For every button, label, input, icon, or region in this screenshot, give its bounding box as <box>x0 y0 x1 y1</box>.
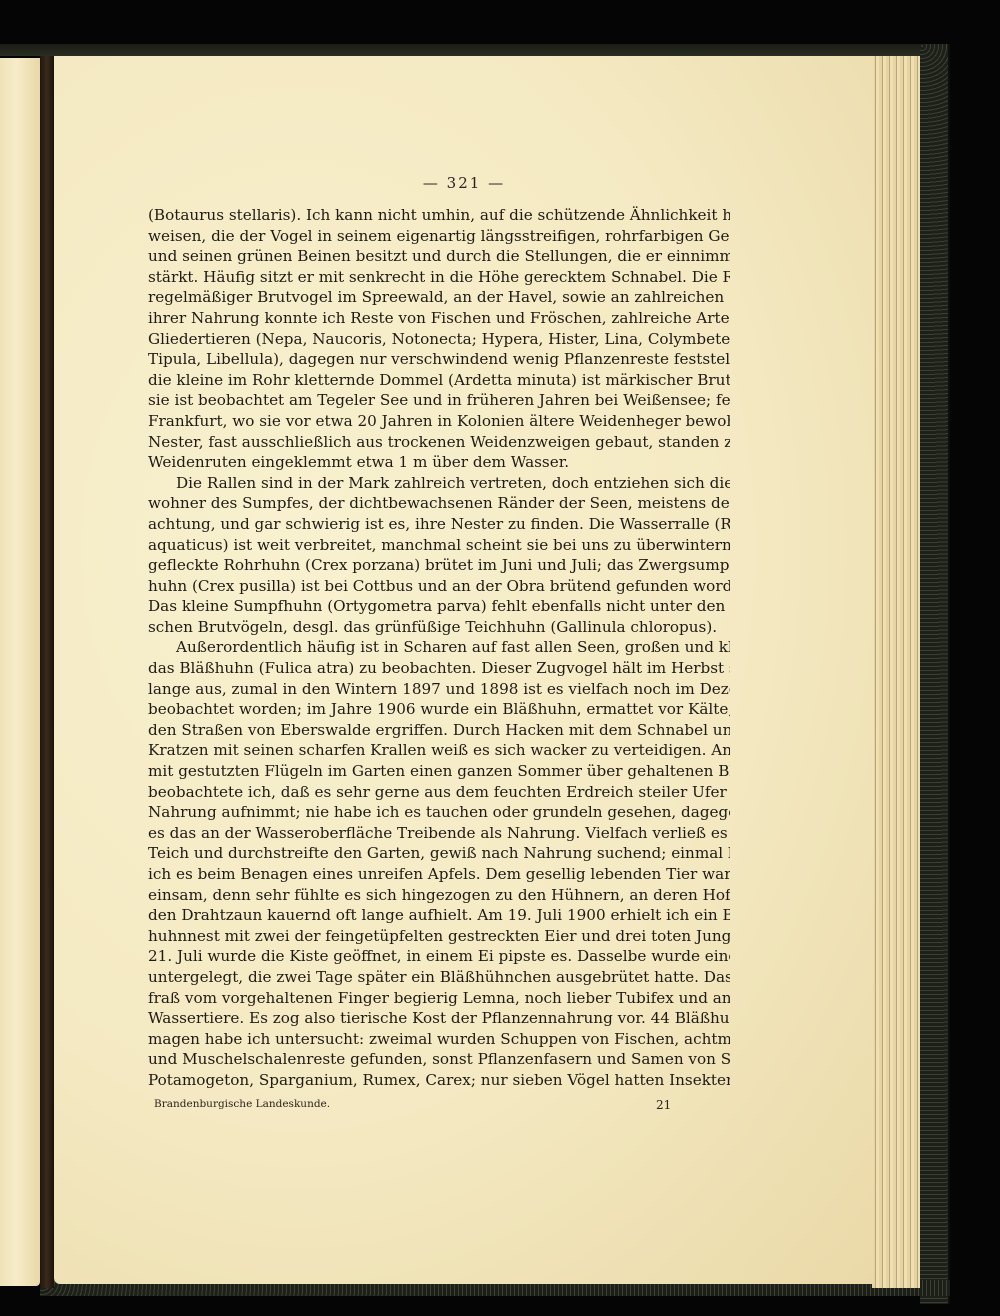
text-line: Nahrung aufnimmt; nie habe ich es tauche… <box>148 802 730 823</box>
text-line: 21. Juli wurde die Kiste geöffnet, in ei… <box>148 946 730 967</box>
text-line: huhnnest mit zwei der feingetüpfelten ge… <box>148 926 730 947</box>
text-line: lange aus, zumal in den Wintern 1897 und… <box>148 679 730 700</box>
text-line: einsam, denn sehr fühlte es sich hingezo… <box>148 885 730 906</box>
text-line: ich es beim Benagen eines unreifen Apfel… <box>148 864 730 885</box>
text-line: untergelegt, die zwei Tage später ein Bl… <box>148 967 730 988</box>
text-line: Wassertiere. Es zog also tierische Kost … <box>148 1008 730 1029</box>
text-line: Potamogeton, Sparganium, Rumex, Carex; n… <box>148 1070 730 1091</box>
text-line: sie ist beobachtet am Tegeler See und in… <box>148 390 730 411</box>
text-line: magen habe ich untersucht: zweimal wurde… <box>148 1029 730 1050</box>
paragraph: Außerordentlich häufig ist in Scharen au… <box>148 637 730 1090</box>
text-line: weisen, die der Vogel in seinem eigenart… <box>148 226 730 247</box>
text-line: stärkt. Häufig sitzt er mit senkrecht in… <box>148 267 730 288</box>
text-line: wohner des Sumpfes, der dichtbewachsenen… <box>148 493 730 514</box>
text-line: ihrer Nahrung konnte ich Reste von Fisch… <box>148 308 730 329</box>
body-text: (Botaurus stellaris). Ich kann nicht umh… <box>148 205 730 1091</box>
page-block-edges <box>872 56 920 1288</box>
text-line: Außerordentlich häufig ist in Scharen au… <box>148 637 730 658</box>
text-line: regelmäßiger Brutvogel im Spreewald, an … <box>148 287 730 308</box>
facing-page-edge <box>0 58 40 1286</box>
text-line: Teich und durchstreifte den Garten, gewi… <box>148 843 730 864</box>
text-line: Nester, fast ausschließlich aus trockene… <box>148 432 730 453</box>
text-line: (Botaurus stellaris). Ich kann nicht umh… <box>148 205 730 226</box>
text-line: beobachtet worden; im Jahre 1906 wurde e… <box>148 699 730 720</box>
text-line: es das an der Wasseroberfläche Treibende… <box>148 823 730 844</box>
text-line: beobachtete ich, daß es sehr gerne aus d… <box>148 782 730 803</box>
running-title: Brandenburgische Landeskunde. <box>154 1098 330 1110</box>
page-number: — 321 — <box>54 174 874 192</box>
paragraph: Die Rallen sind in der Mark zahlreich ve… <box>148 473 730 638</box>
book-gutter <box>40 56 54 1288</box>
text-line: und seinen grünen Beinen besitzt und dur… <box>148 246 730 267</box>
text-line: schen Brutvögeln, desgl. das grünfüßige … <box>148 617 730 638</box>
book-page: — 321 — (Botaurus stellaris). Ich kann n… <box>54 56 874 1284</box>
text-line: aquaticus) ist weit verbreitet, manchmal… <box>148 535 730 556</box>
text-line: gefleckte Rohrhuhn (Crex porzana) brütet… <box>148 555 730 576</box>
text-line: Die Rallen sind in der Mark zahlreich ve… <box>148 473 730 494</box>
text-line: den Straßen von Eberswalde ergriffen. Du… <box>148 720 730 741</box>
text-line: huhn (Crex pusilla) ist bei Cottbus und … <box>148 576 730 597</box>
text-line: die kleine im Rohr kletternde Dommel (Ar… <box>148 370 730 391</box>
text-line: und Muschelschalenreste gefunden, sonst … <box>148 1049 730 1070</box>
book-cover-top-edge <box>0 44 950 56</box>
book-cover-right-edge <box>920 44 950 1304</box>
text-line: mit gestutzten Flügeln im Garten einen g… <box>148 761 730 782</box>
signature-mark: 21 <box>656 1098 671 1112</box>
text-line: den Drahtzaun kauernd oft lange aufhielt… <box>148 905 730 926</box>
text-line: Kratzen mit seinen scharfen Krallen weiß… <box>148 740 730 761</box>
text-line: Weidenruten eingeklemmt etwa 1 m über de… <box>148 452 730 473</box>
text-line: achtung, und gar schwierig ist es, ihre … <box>148 514 730 535</box>
text-line: das Bläßhuhn (Fulica atra) zu beobachten… <box>148 658 730 679</box>
text-line: Das kleine Sumpfhuhn (Ortygometra parva)… <box>148 596 730 617</box>
text-line: Gliedertieren (Nepa, Naucoris, Notonecta… <box>148 329 730 350</box>
text-line: Frankfurt, wo sie vor etwa 20 Jahren in … <box>148 411 730 432</box>
text-line: Tipula, Libellula), dagegen nur verschwi… <box>148 349 730 370</box>
paragraph: (Botaurus stellaris). Ich kann nicht umh… <box>148 205 730 473</box>
text-line: fraß vom vorgehaltenen Finger begierig L… <box>148 988 730 1009</box>
